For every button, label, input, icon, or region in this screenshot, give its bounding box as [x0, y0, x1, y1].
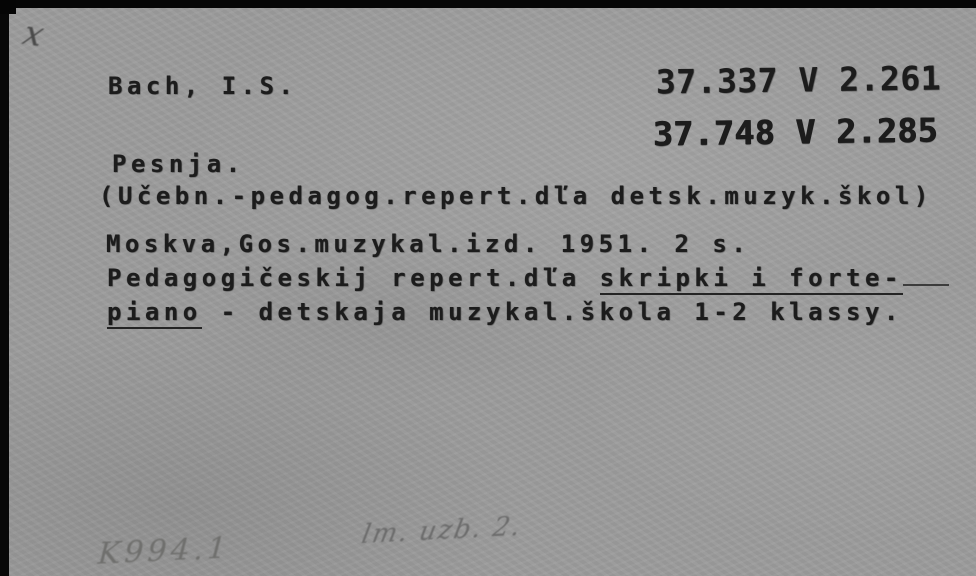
scan-edge-corner [0, 0, 16, 14]
series-note: (Učebn.-pedagog.repert.dľa detsk.muzyk.š… [99, 182, 933, 210]
annotation-line-2: piano - detskaja muzykal.škola 1-2 klass… [107, 298, 903, 326]
annotation-line-2-underlined: piano [107, 298, 202, 329]
catalog-card: x Bach, I.S. 37.337 V 2.261 37.748 V 2.2… [0, 0, 976, 576]
annotation-line-1-underlined: skripki i forte- [600, 264, 903, 295]
handwritten-center-note: lm. uzb. 2. [359, 512, 525, 551]
annotation-line-1: Pedagogičeskij repert.dľa skripki i fort… [107, 264, 949, 292]
annotation-line-1-plain: Pedagogičeskij repert.dľa [107, 264, 600, 292]
call-number-1: 37.337 V 2.261 [656, 58, 942, 101]
annotation-line-2-plain: - detskaja muzykal.škola 1-2 klassy. [202, 298, 903, 326]
title: Pesnja. [112, 150, 245, 178]
call-number-2: 37.748 V 2.285 [571, 117, 938, 148]
handwritten-x-mark: x [19, 13, 49, 54]
author-heading: Bach, I.S. [108, 72, 298, 100]
underline-tail [903, 284, 949, 286]
handwritten-shelf-mark: K994.1 [97, 531, 231, 572]
call-numbers: 37.337 V 2.261 37.748 V 2.285 [574, 39, 943, 200]
scan-edge-top [0, 0, 976, 8]
imprint: Moskva,Gos.muzykal.izd. 1951. 2 s. [106, 230, 750, 258]
scan-edge-left [0, 0, 9, 576]
